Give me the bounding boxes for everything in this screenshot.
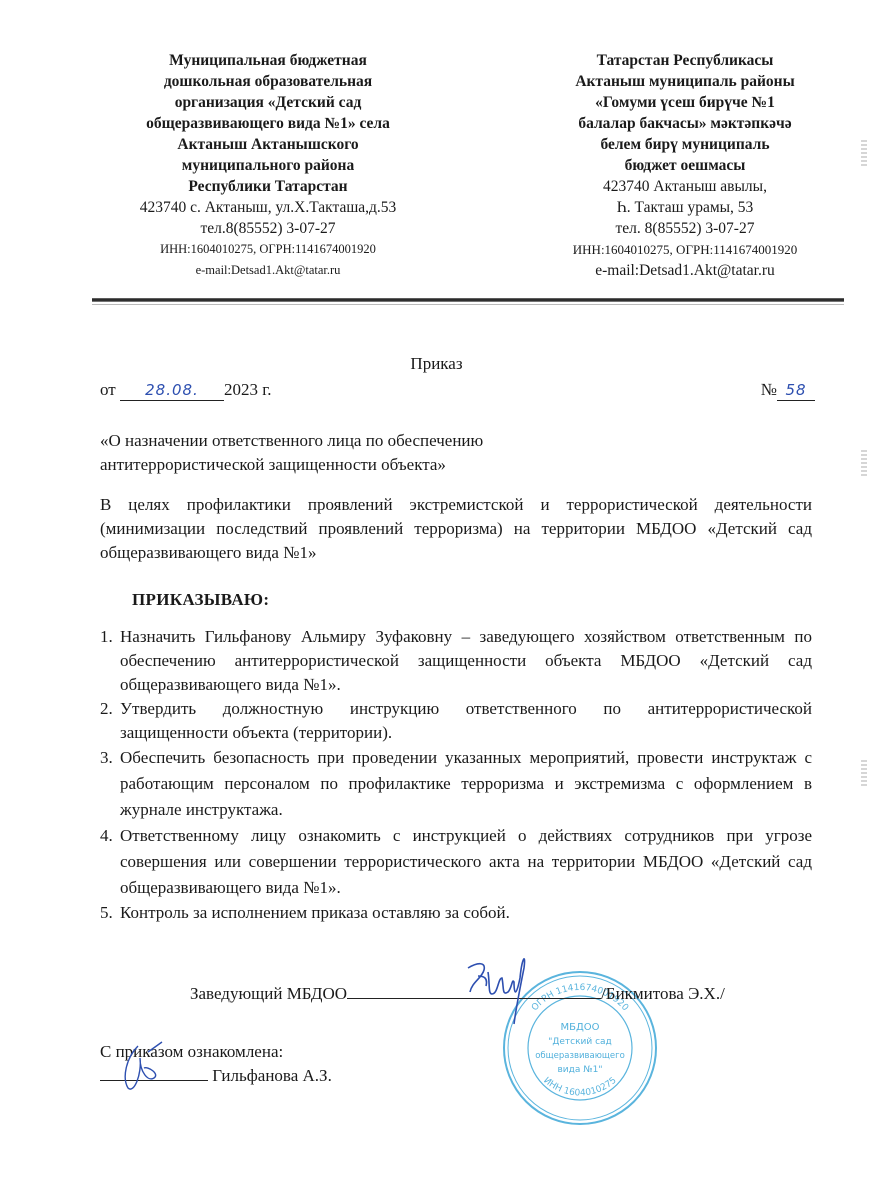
org-name-line-tatar: белем бирү муниципаль (530, 134, 840, 155)
org-email: e-mail:Detsad1.Akt@tatar.ru (108, 260, 428, 281)
org-name-line: дошкольная образовательная (108, 71, 428, 92)
org-name-line: Муниципальная бюджетная (108, 50, 428, 71)
order-preamble: В целях профилактики проявлений экстреми… (100, 493, 812, 565)
item-text: Ответственному лицу ознакомить с инструк… (120, 826, 812, 897)
number-prefix: № (761, 380, 777, 399)
org-ids-tatar: ИНН:1604010275, ОГРН:1141674001920 (530, 239, 840, 260)
item-number: 5. (100, 901, 113, 925)
order-item: 1.Назначить Гильфанову Альмиру Зуфаковну… (100, 625, 812, 697)
stamp-center-line: "Детский сад (548, 1037, 612, 1047)
order-date-line: от 28.08.2023 г. (100, 380, 272, 401)
stamp-center-line: вида №1" (558, 1065, 603, 1075)
handwritten-initials-icon (118, 1038, 168, 1094)
date-field: 28.08. (120, 380, 224, 401)
document-title: Приказ (0, 354, 873, 374)
org-name-line-tatar: Татарстан Республикасы (530, 50, 840, 71)
subject-line: антитеррористической защищенности объект… (100, 453, 800, 477)
org-street-tatar: Һ. Такташ урамы, 53 (530, 197, 840, 218)
stamp-arc-bottom: ИНН 1604010275 (541, 1076, 618, 1099)
item-text: Утвердить должностную инструкцию ответст… (120, 699, 812, 742)
org-name-line-tatar: Актаныш муниципаль районы (530, 71, 840, 92)
date-suffix: 2023 г. (224, 380, 272, 399)
order-items-list: 1.Назначить Гильфанову Альмиру Зуфаковну… (100, 625, 812, 925)
org-address-tatar: 423740 Актаныш авылы, (530, 176, 840, 197)
scan-artifact (861, 760, 867, 788)
org-name-line: муниципального района (108, 155, 428, 176)
org-name-line: Республики Татарстан (108, 176, 428, 197)
org-email-tatar: e-mail:Detsad1.Akt@tatar.ru (530, 260, 840, 281)
scan-artifact (861, 450, 867, 478)
item-number: 3. (100, 745, 113, 771)
header-divider-thin (92, 304, 844, 305)
org-address: 423740 с. Актаныш, ул.Х.Такташа,д.53 (108, 197, 428, 218)
stamp-center-line: МБДОО (560, 1022, 599, 1033)
header-divider (92, 298, 844, 302)
item-text: Обеспечить безопасность при проведении у… (120, 748, 812, 819)
number-field: 58 (777, 380, 815, 401)
header-left-org-block: Муниципальная бюджетная дошкольная образ… (108, 50, 428, 281)
scan-artifact (861, 140, 867, 168)
item-text: Контроль за исполнением приказа оставляю… (120, 903, 510, 922)
org-phone: тел.8(85552) 3-07-27 (108, 218, 428, 239)
org-phone-tatar: тел. 8(85552) 3-07-27 (530, 218, 840, 239)
handwritten-signature-icon (458, 948, 538, 1028)
org-name-line: организация «Детский сад (108, 92, 428, 113)
item-number: 1. (100, 625, 113, 649)
org-name-line-tatar: бюджет оешмасы (530, 155, 840, 176)
order-number: №58 (761, 380, 815, 401)
org-name-line: Актаныш Актанышского (108, 134, 428, 155)
stamp-center-line: общеразвивающего (535, 1051, 625, 1061)
svg-text:ИНН 1604010275: ИНН 1604010275 (541, 1076, 618, 1099)
order-item: 4.Ответственному лицу ознакомить с инстр… (100, 823, 812, 901)
header-right-org-block: Татарстан Республикасы Актаныш муниципал… (530, 50, 840, 281)
order-directive-heading: ПРИКАЗЫВАЮ: (132, 590, 269, 610)
handwritten-date: 28.08. (145, 381, 199, 399)
ack-name: Гильфанова А.З. (212, 1066, 332, 1085)
item-number: 4. (100, 823, 113, 849)
head-title: Заведующий МБДОО (190, 984, 347, 1003)
org-name-line-tatar: «Гомуми үсеш бирүче №1 (530, 92, 840, 113)
date-prefix: от (100, 380, 116, 399)
order-subject: «О назначении ответственного лица по обе… (100, 429, 800, 477)
item-text: Назначить Гильфанову Альмиру Зуфаковну –… (120, 627, 812, 694)
org-name-line-tatar: балалар бакчасы» мәктәпкәчә (530, 113, 840, 134)
head-name: /Бикмитова Э.Х./ (601, 984, 725, 1003)
order-item: 3.Обеспечить безопасность при проведении… (100, 745, 812, 823)
org-ids: ИНН:1604010275, ОГРН:1141674001920 (108, 239, 428, 260)
handwritten-number: 58 (785, 381, 806, 399)
order-item: 2.Утвердить должностную инструкцию ответ… (100, 697, 812, 745)
order-item: 5.Контроль за исполнением приказа оставл… (100, 901, 812, 925)
item-number: 2. (100, 697, 113, 721)
org-name-line: общеразвивающего вида №1» села (108, 113, 428, 134)
subject-line: «О назначении ответственного лица по обе… (100, 429, 800, 453)
